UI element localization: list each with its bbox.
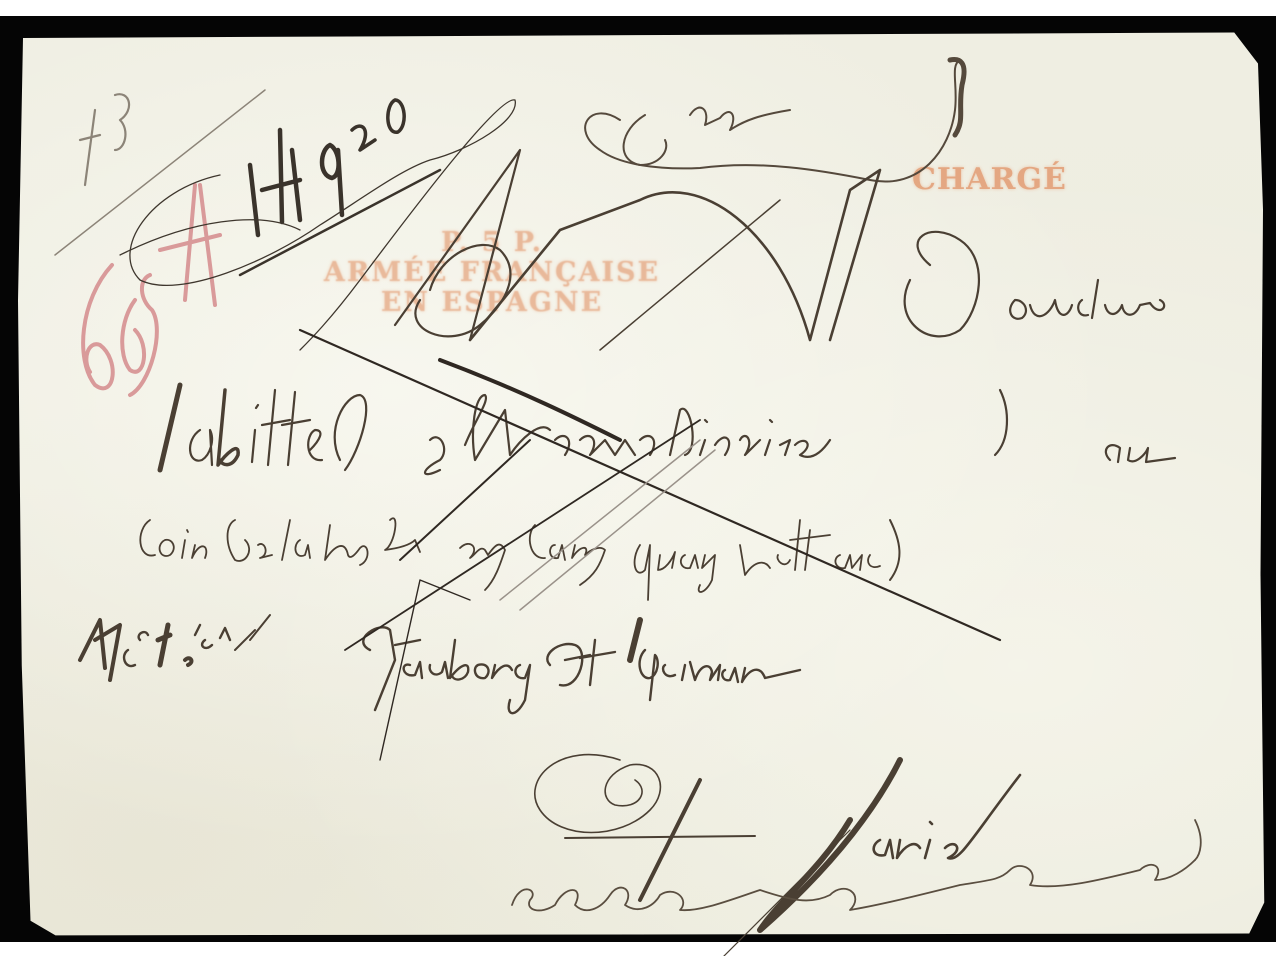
army-in-spain-handstamp: P. 5 P. ARMÉE FRANÇAISE EN ESPAGNE bbox=[282, 228, 702, 318]
charge-handstamp: CHARGÉ bbox=[912, 162, 1067, 197]
rate-note: 12 bbox=[0, 0, 1, 1]
army-handstamp-line-1: P. 5 P. bbox=[282, 228, 702, 258]
manuscript-text: 12 6054 14920 Chargé Monsieur Ladvocat (… bbox=[0, 0, 1, 1]
army-handstamp-line-3: EN ESPAGNE bbox=[282, 288, 702, 318]
army-handstamp-line-2: ARMÉE FRANÇAISE bbox=[282, 258, 702, 288]
envelope-cover bbox=[18, 27, 1268, 939]
